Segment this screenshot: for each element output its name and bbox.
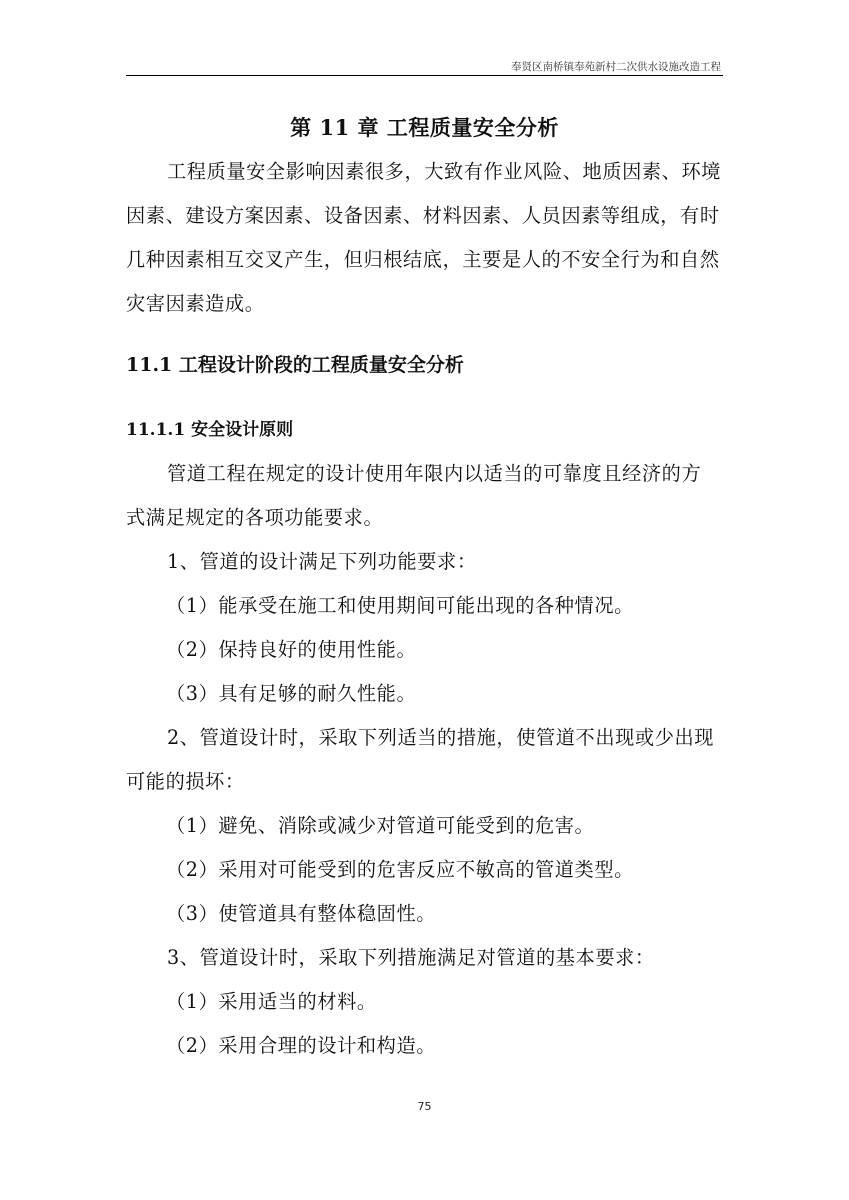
section-heading-11-1: 11.1 工程设计阶段的工程质量安全分析 <box>126 350 464 377</box>
intro-line: 几种因素相互交叉产生，但归根结底，主要是人的不安全行为和自然 <box>126 245 720 272</box>
page-header: 奉贤区南桥镇奉苑新村二次供水设施改造工程 <box>126 57 723 76</box>
intro-line: 因素、建设方案因素、设备因素、材料因素、人员因素等组成，有时 <box>126 201 720 228</box>
paragraph-line: 式满足规定的各项功能要求。 <box>126 503 383 530</box>
sub-item: （3）具有足够的耐久性能。 <box>166 679 416 706</box>
sub-item: （2）采用合理的设计和构造。 <box>166 1031 436 1058</box>
chapter-title: 第 11 章 工程质量安全分析 <box>126 112 723 142</box>
section-heading-11-1-1: 11.1.1 安全设计原则 <box>126 415 293 440</box>
sub-item: （1）采用适当的材料。 <box>166 987 377 1014</box>
list-item-3: 3、管道设计时，采取下列措施满足对管道的基本要求： <box>167 943 655 970</box>
sub-item: （3）使管道具有整体稳固性。 <box>166 899 436 926</box>
intro-line: 工程质量安全影响因素很多，大致有作业风险、地质因素、环境 <box>167 157 721 184</box>
sub-item: （2）采用对可能受到的危害反应不敏高的管道类型。 <box>166 855 634 882</box>
paragraph-line: 管道工程在规定的设计使用年限内以适当的可靠度且经济的方 <box>167 459 701 486</box>
header-project-title: 奉贤区南桥镇奉苑新村二次供水设施改造工程 <box>511 59 721 74</box>
list-item-2: 2、管道设计时，采取下列适当的措施，使管道不出现或少出现 <box>167 723 714 750</box>
sub-item: （2）保持良好的使用性能。 <box>166 635 416 662</box>
list-item-1: 1、管道的设计满足下列功能要求： <box>167 547 477 574</box>
list-item-2-cont: 可能的损坏： <box>126 767 245 794</box>
intro-line: 灾害因素造成。 <box>126 289 265 316</box>
sub-item: （1）避免、消除或减少对管道可能受到的危害。 <box>166 811 594 838</box>
page-number: 75 <box>0 1100 849 1113</box>
sub-item: （1）能承受在施工和使用期间可能出现的各种情况。 <box>166 591 634 618</box>
